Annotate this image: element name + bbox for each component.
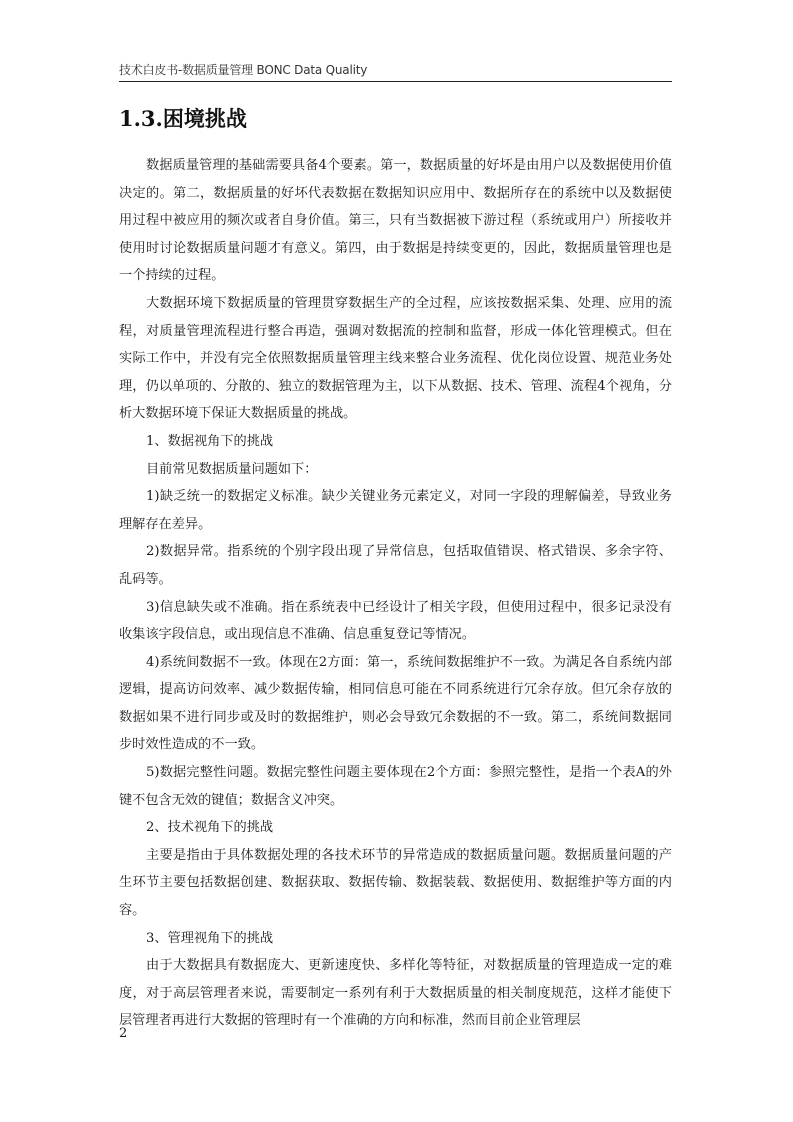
paragraph-common-issues: 目前常见数据质量问题如下： (119, 456, 672, 484)
page-header: 技术白皮书-数据质量管理 BONC Data Quality (119, 59, 672, 82)
list-item-3: 3)信息缺失或不准确。指在系统表中已经设计了相关字段，但使用过程中，很多记录没有… (119, 594, 672, 649)
document-body: 数据质量管理的基础需要具备4个要素。第一，数据质量的好坏是由用户以及数据使用价值… (119, 152, 672, 1035)
header-text: 技术白皮书-数据质量管理 BONC Data Quality (119, 63, 367, 77)
paragraph-mgmt: 由于大数据具有数据庞大、更新速度快、多样化等特征，对数据质量的管理造成一定的难度… (119, 952, 672, 1035)
list-item-1: 1)缺乏统一的数据定义标准。缺少关键业务元素定义，对同一字段的理解偏差，导致业务… (119, 483, 672, 538)
paragraph-four-elements: 数据质量管理的基础需要具备4个要素。第一，数据质量的好坏是由用户以及数据使用价值… (119, 152, 672, 290)
list-item-5: 5)数据完整性问题。数据完整性问题主要体现在2个方面：参照完整性，是指一个表A的… (119, 759, 672, 814)
subheading-tech-perspective: 2、技术视角下的挑战 (119, 814, 672, 842)
page-number: 2 (119, 1026, 127, 1041)
subheading-data-perspective: 1、数据视角下的挑战 (119, 428, 672, 456)
section-title: 1.3.困境挑战 (119, 103, 247, 133)
subheading-mgmt-perspective: 3、管理视角下的挑战 (119, 925, 672, 953)
list-item-2: 2)数据异常。指系统的个别字段出现了异常信息，包括取值错误、格式错误、多余字符、… (119, 538, 672, 593)
paragraph-big-data-env: 大数据环境下数据质量的管理贯穿数据生产的全过程，应该按数据采集、处理、应用的流程… (119, 290, 672, 428)
list-item-4: 4)系统间数据不一致。体现在2方面：第一，系统间数据维护不一致。为满足各自系统内… (119, 649, 672, 759)
paragraph-tech: 主要是指由于具体数据处理的各技术环节的异常造成的数据质量问题。数据质量问题的产生… (119, 842, 672, 925)
